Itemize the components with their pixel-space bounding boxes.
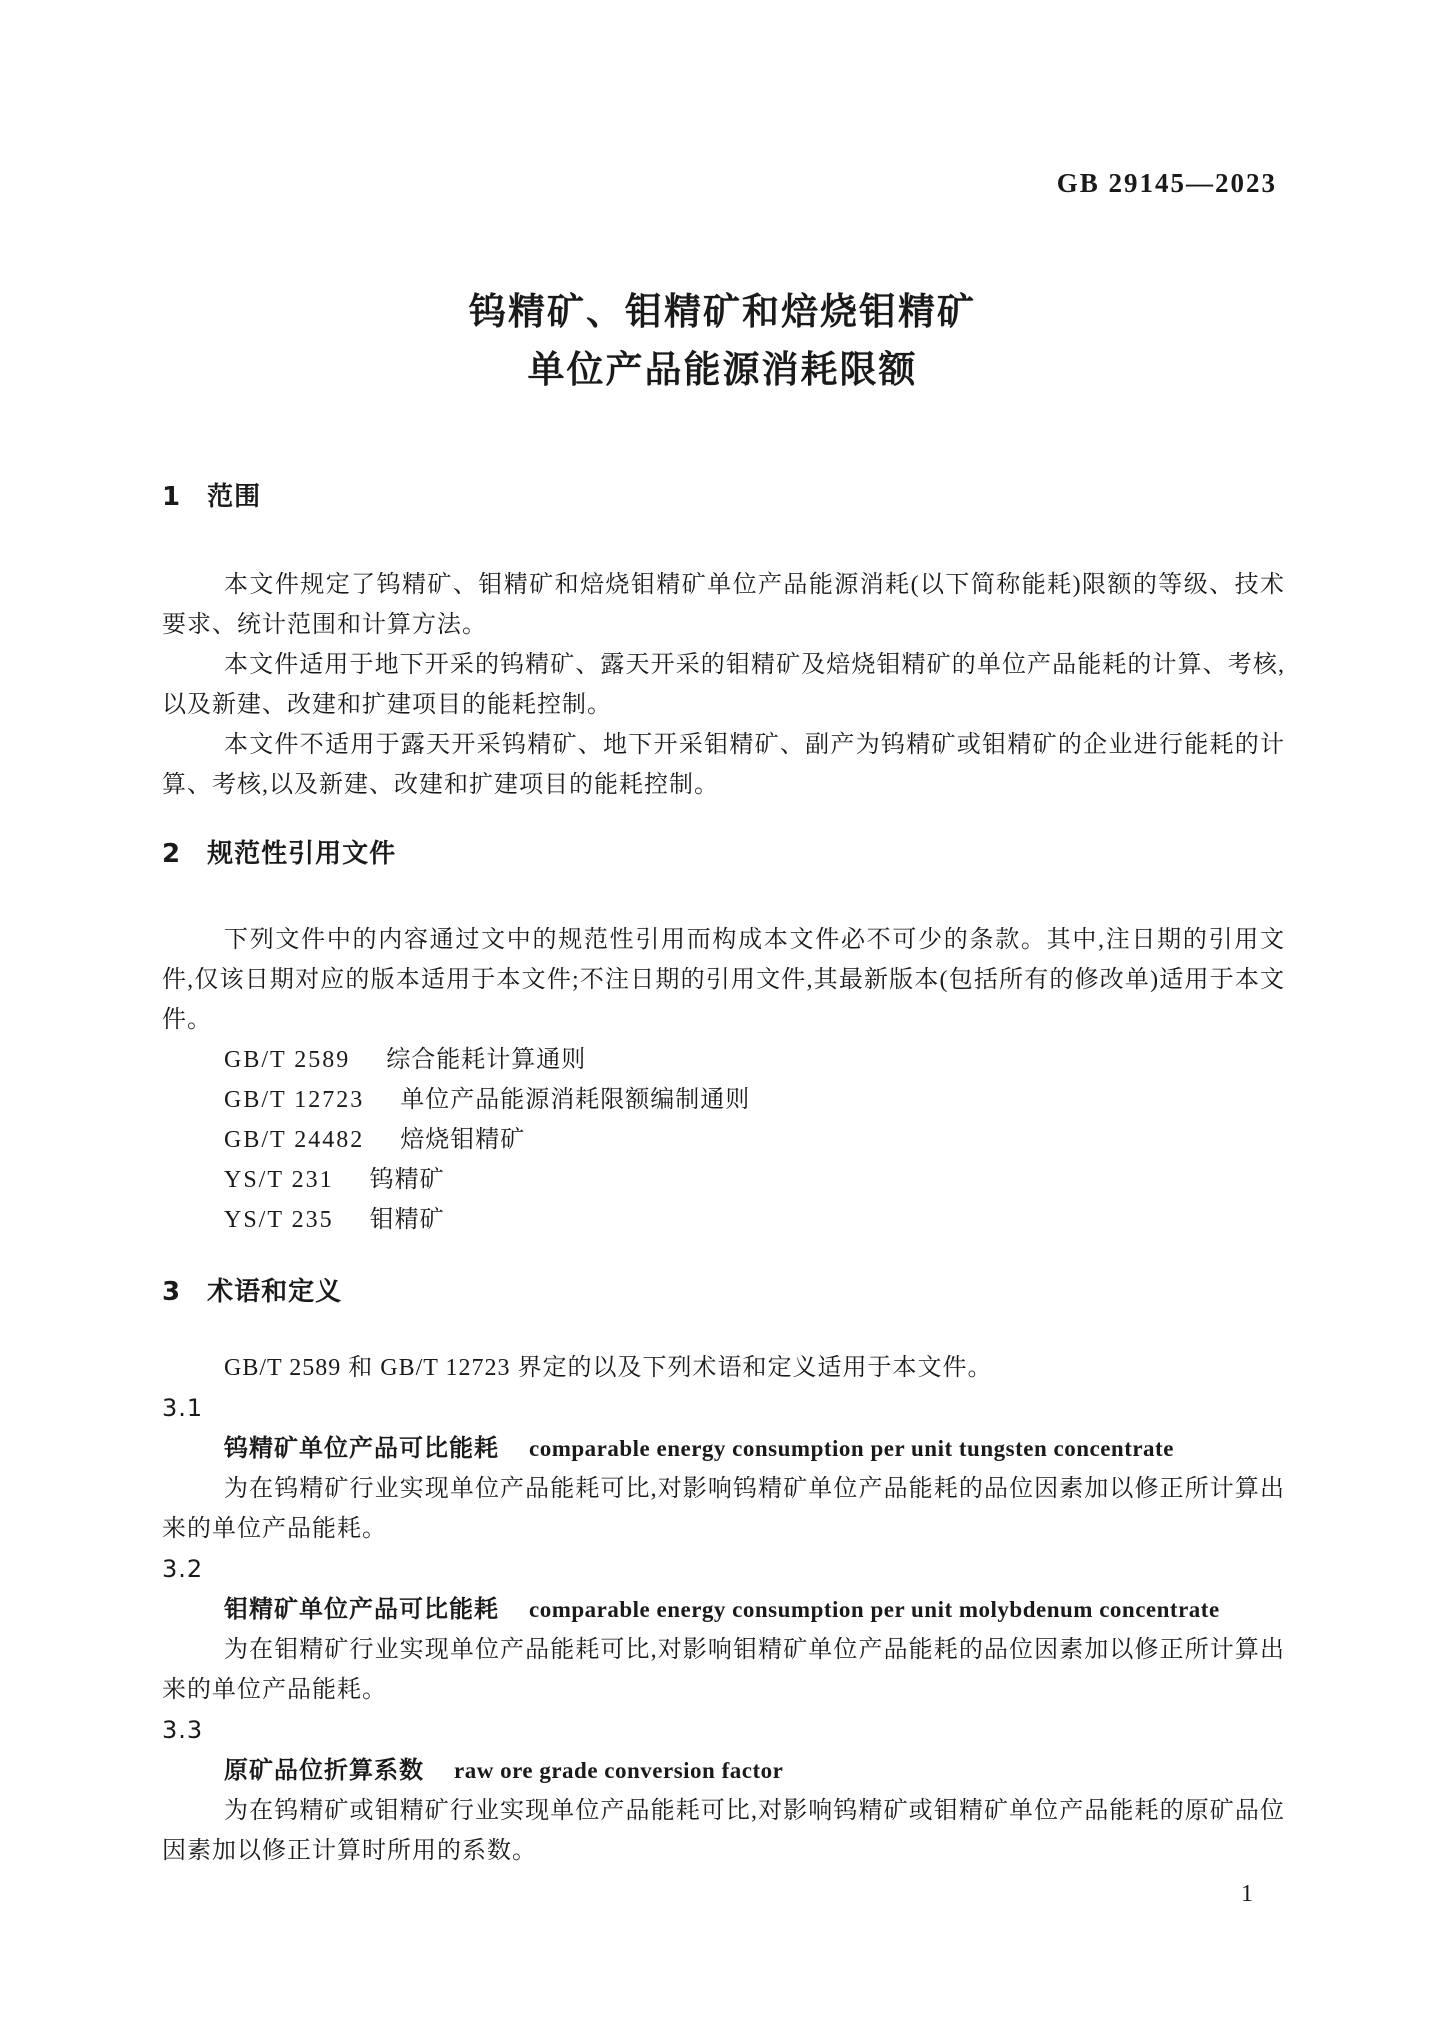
term-name-zh: 钼精矿单位产品可比能耗 [224,1595,499,1623]
doc-title-line2: 单位产品能源消耗限额 [0,341,1445,399]
term-name-en: comparable energy consumption per unit m… [529,1597,1220,1622]
doc-title: 钨精矿、钼精矿和焙烧钼精矿 单位产品能源消耗限额 [0,283,1445,399]
term-id: 3.1 [162,1388,1285,1428]
normative-references-intro: 下列文件中的内容通过文中的规范性引用而构成本文件必不可少的条款。其中,注日期的引… [162,920,1285,1040]
paragraph: 本文件规定了钨精矿、钼精矿和焙烧钼精矿单位产品能源消耗(以下简称能耗)限额的等级… [162,565,1285,645]
section-1-body: 本文件规定了钨精矿、钼精矿和焙烧钼精矿单位产品能源消耗(以下简称能耗)限额的等级… [162,565,1285,805]
standard-document-page: GB 29145—2023 钨精矿、钼精矿和焙烧钼精矿 单位产品能源消耗限额 1… [0,0,1445,2044]
term-entry: 钨精矿单位产品可比能耗comparable energy consumption… [162,1428,1285,1469]
reference-title: 单位产品能源消耗限额编制通则 [400,1087,750,1113]
section-1-title: 范围 [207,482,261,512]
term-name-zh: 原矿品位折算系数 [224,1756,424,1784]
reference-code: GB/T 12723 [224,1087,364,1113]
doc-number: GB 29145—2023 [162,168,1277,199]
term-entry: 钼精矿单位产品可比能耗comparable energy consumption… [162,1589,1285,1630]
reference-item: GB/T 2589综合能耗计算通则 [162,1040,1285,1080]
reference-title: 钨精矿 [370,1167,445,1193]
reference-code: YS/T 235 [224,1207,334,1233]
section-1-number: 1 [162,480,181,514]
section-3-title: 术语和定义 [207,1277,342,1307]
reference-code: YS/T 231 [224,1167,334,1193]
section-2-heading: 2规范性引用文件 [162,837,1285,871]
reference-item: GB/T 12723单位产品能源消耗限额编制通则 [162,1080,1285,1120]
section-2-title: 规范性引用文件 [207,839,396,869]
doc-title-line1: 钨精矿、钼精矿和焙烧钼精矿 [0,283,1445,341]
reference-title: 焙烧钼精矿 [400,1127,525,1153]
term-name-en: comparable energy consumption per unit t… [529,1436,1174,1461]
term-name-zh: 钨精矿单位产品可比能耗 [224,1434,499,1462]
term-id: 3.2 [162,1549,1285,1589]
term-entry: 原矿品位折算系数raw ore grade conversion factor [162,1750,1285,1791]
reference-title: 钼精矿 [370,1207,445,1233]
reference-item: YS/T 235钼精矿 [162,1200,1285,1240]
reference-code: GB/T 24482 [224,1127,364,1153]
paragraph: 本文件适用于地下开采的钨精矿、露天开采的钼精矿及焙烧钼精矿的单位产品能耗的计算、… [162,645,1285,725]
term-name-en: raw ore grade conversion factor [454,1758,783,1783]
term-definition: 为在钼精矿行业实现单位产品能耗可比,对影响钼精矿单位产品能耗的品位因素加以修正所… [162,1630,1285,1710]
term-definition: 为在钨精矿或钼精矿行业实现单位产品能耗可比,对影响钨精矿或钼精矿单位产品能耗的原… [162,1791,1285,1871]
page-number: 1 [1241,1874,1253,1914]
reference-item: GB/T 24482焙烧钼精矿 [162,1120,1285,1160]
reference-code: GB/T 2589 [224,1047,350,1073]
reference-title: 综合能耗计算通则 [386,1047,586,1073]
section-3-number: 3 [162,1275,181,1309]
term-definition: 为在钨精矿行业实现单位产品能耗可比,对影响钨精矿单位产品能耗的品位因素加以修正所… [162,1469,1285,1549]
paragraph: 本文件不适用于露天开采钨精矿、地下开采钼精矿、副产为钨精矿或钼精矿的企业进行能耗… [162,725,1285,805]
section-2-number: 2 [162,837,181,871]
section-2-body: 下列文件中的内容通过文中的规范性引用而构成本文件必不可少的条款。其中,注日期的引… [162,920,1285,1240]
reference-item: YS/T 231钨精矿 [162,1160,1285,1200]
terms-intro: GB/T 2589 和 GB/T 12723 界定的以及下列术语和定义适用于本文… [162,1348,1285,1388]
section-3-body: GB/T 2589 和 GB/T 12723 界定的以及下列术语和定义适用于本文… [162,1348,1285,1871]
section-1-heading: 1范围 [162,480,1285,514]
section-3-heading: 3术语和定义 [162,1275,1285,1309]
term-id: 3.3 [162,1710,1285,1750]
